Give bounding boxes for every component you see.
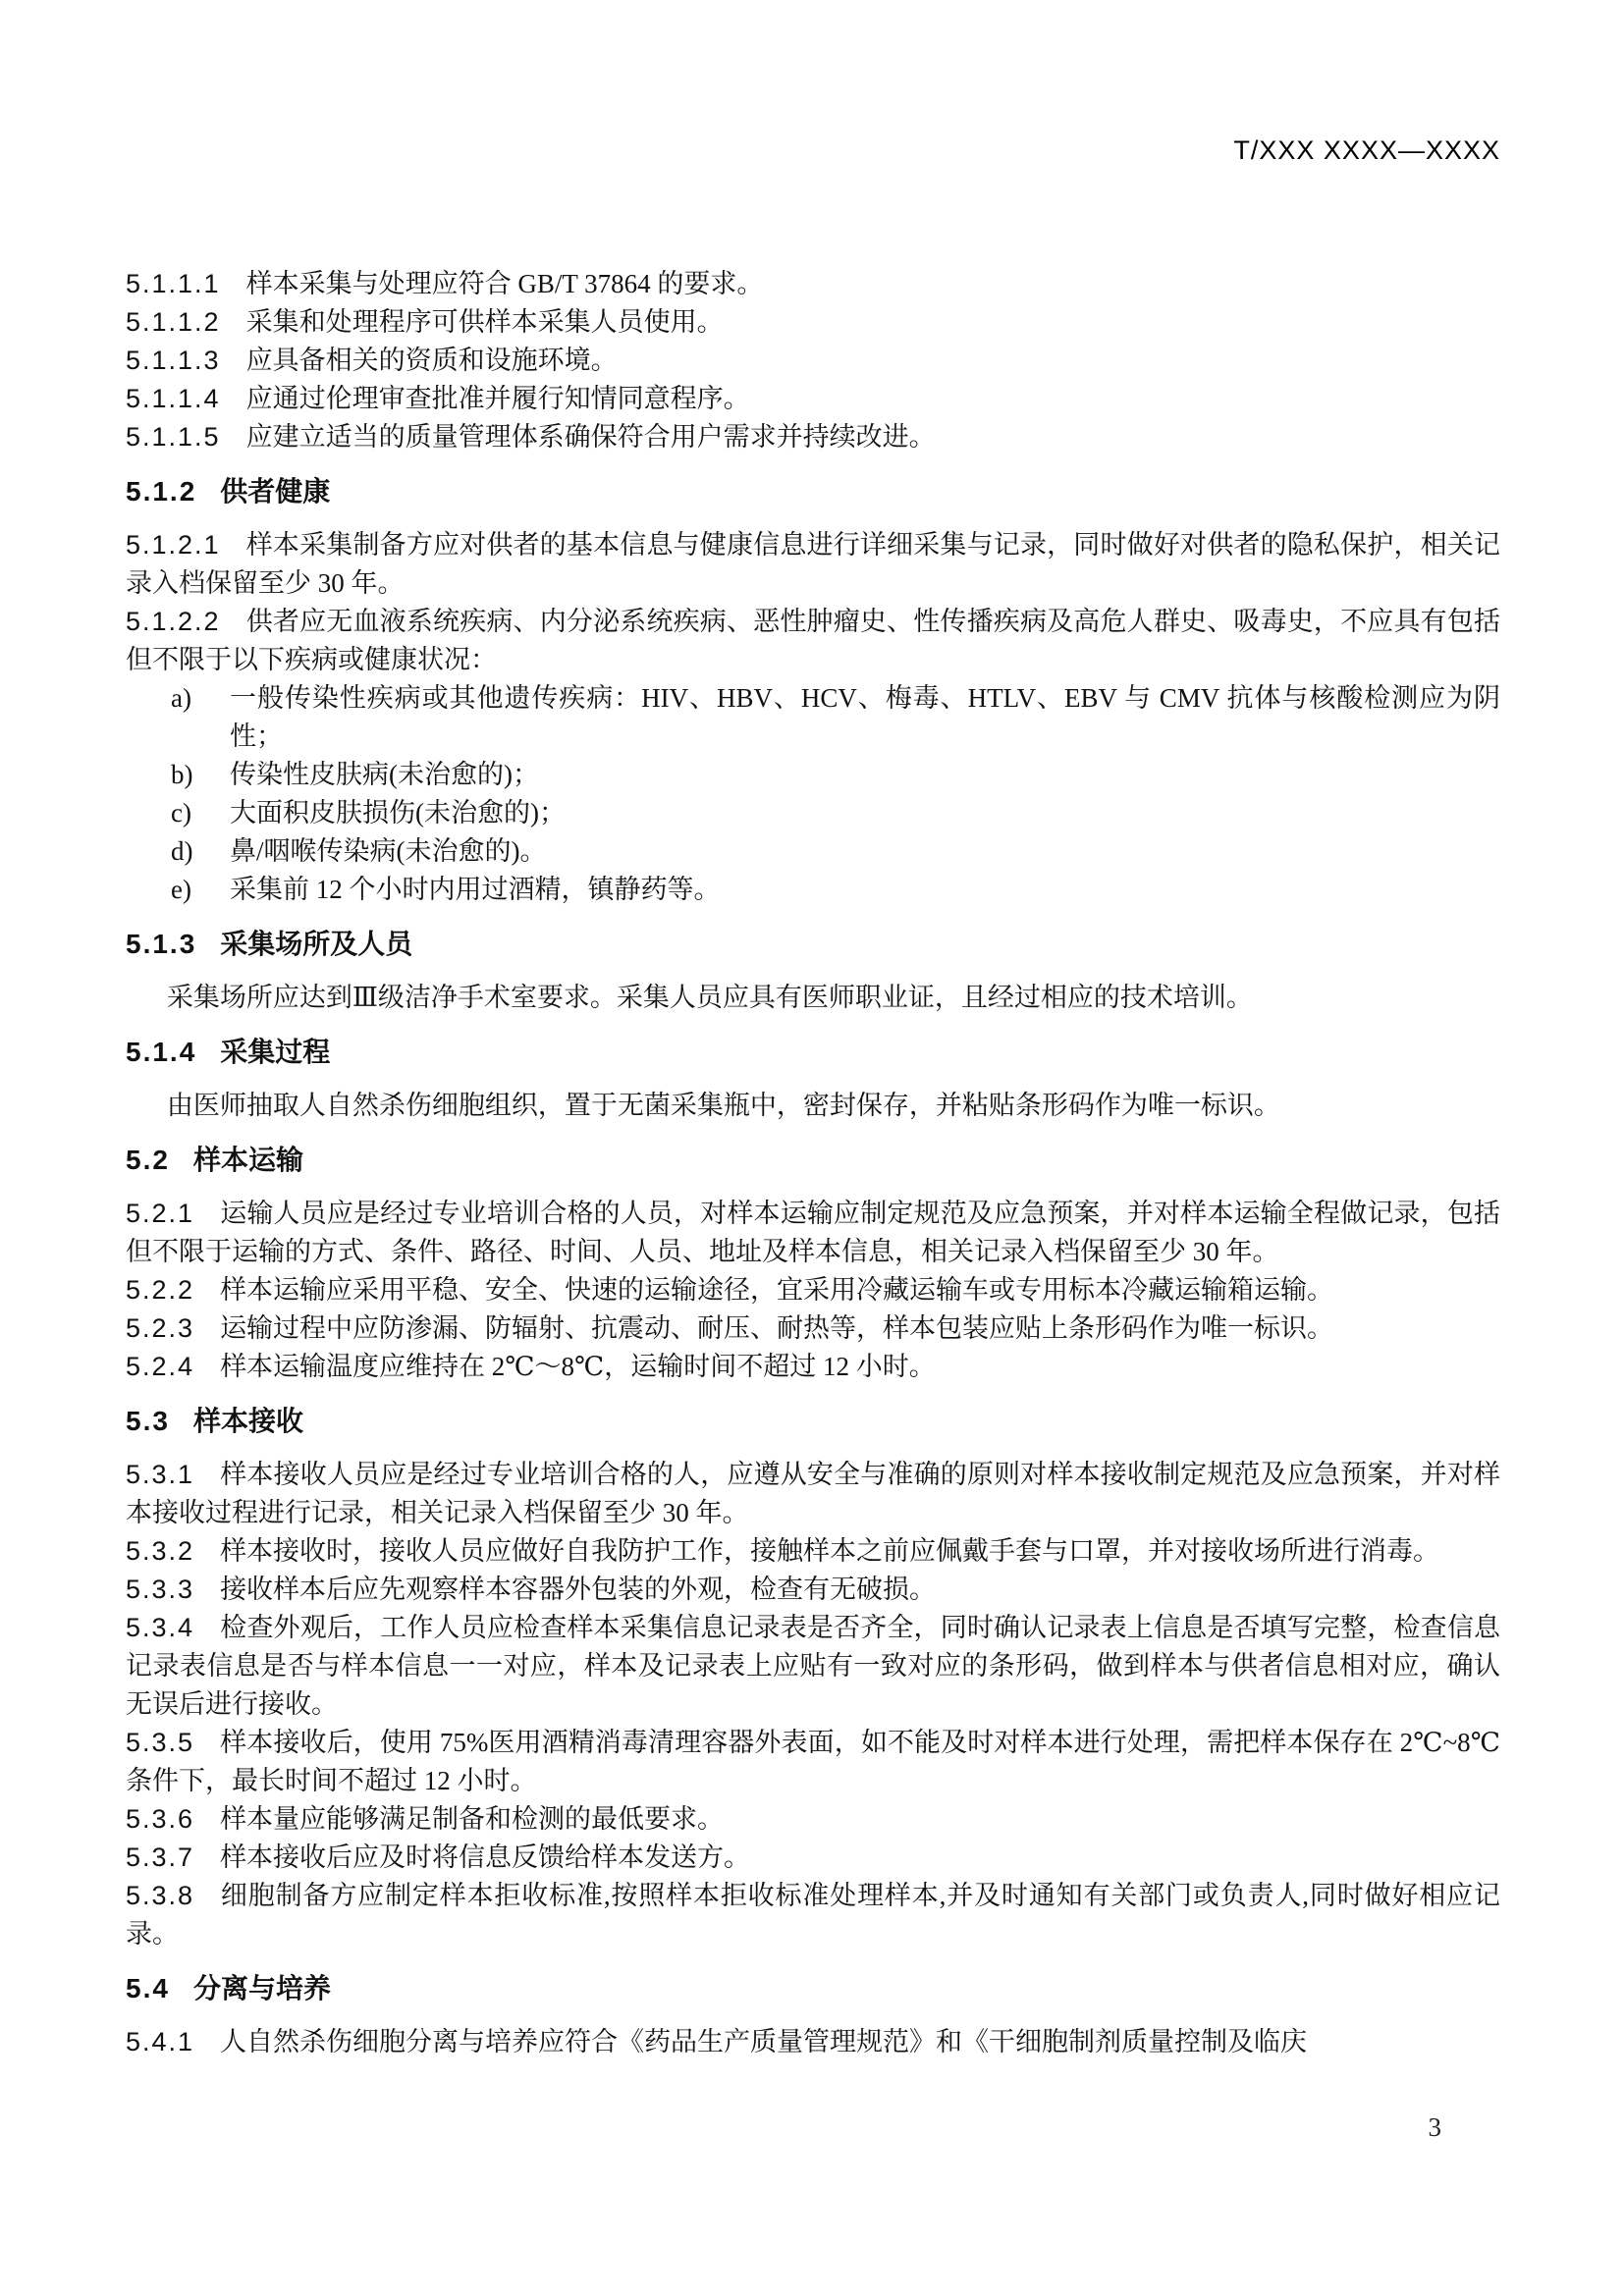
section-number: 5.3 — [126, 1406, 170, 1436]
section-title: 供者健康 — [220, 476, 330, 507]
clause-5-2-4: 5.2.4样本运输温度应维持在 2℃～8℃，运输时间不超过 12 小时。 — [126, 1348, 1500, 1386]
paragraph-5-1-3: 采集场所应达到Ⅲ级洁净手术室要求。采集人员应具有医师职业证，且经过相应的技术培训… — [126, 979, 1500, 1017]
clause-text: 样本量应能够满足制备和检测的最低要求。 — [220, 1804, 724, 1834]
clause-5-3-3: 5.3.3接收样本后应先观察样本容器外包装的外观，检查有无破损。 — [126, 1571, 1500, 1609]
clause-text: 样本接收时，接收人员应做好自我防护工作，接触样本之前应佩戴手套与口罩，并对接收场… — [220, 1536, 1439, 1566]
page-number: 3 — [1429, 2109, 1442, 2147]
list-item-text: 一般传染性疾病或其他遗传疾病：HIV、HBV、HCV、梅毒、HTLV、EBV 与… — [230, 679, 1500, 756]
clause-number: 5.3.5 — [126, 1728, 194, 1757]
page-body: 5.1.1.1样本采集与处理应符合 GB/T 37864 的要求。 5.1.1.… — [126, 265, 1500, 2061]
clause-number: 5.3.3 — [126, 1575, 194, 1604]
section-heading-5-2: 5.2样本运输 — [126, 1141, 1500, 1179]
clause-5-1-1-2: 5.1.1.2采集和处理程序可供样本采集人员使用。 — [126, 303, 1500, 342]
clause-number: 5.1.1.1 — [126, 269, 221, 298]
clause-text: 供者应无血液系统疾病、内分泌系统疾病、恶性肿瘤史、性传播疾病及高危人群史、吸毒史… — [126, 607, 1500, 674]
list-item-text: 鼻/咽喉传染病(未治愈的)。 — [230, 832, 1500, 871]
section-heading-5-1-3: 5.1.3采集场所及人员 — [126, 925, 1500, 963]
section-number: 5.2 — [126, 1145, 170, 1175]
clause-number: 5.1.2.2 — [126, 607, 221, 636]
clause-5-1-1-4: 5.1.1.4应通过伦理审查批准并履行知情同意程序。 — [126, 380, 1500, 418]
clause-text: 样本接收后，使用 75%医用酒精消毒清理容器外表面，如不能及时对样本进行处理，需… — [126, 1728, 1500, 1795]
clause-number: 5.2.3 — [126, 1313, 194, 1343]
clause-5-1-2-2: 5.1.2.2供者应无血液系统疾病、内分泌系统疾病、恶性肿瘤史、性传播疾病及高危… — [126, 603, 1500, 679]
clause-number: 5.1.1.2 — [126, 307, 221, 337]
clause-5-1-1-5: 5.1.1.5应建立适当的质量管理体系确保符合用户需求并持续改进。 — [126, 418, 1500, 456]
list-item-d: d)鼻/咽喉传染病(未治愈的)。 — [126, 832, 1500, 871]
standard-code-header: T/XXX XXXX—XXXX — [126, 133, 1500, 167]
clause-5-3-6: 5.3.6样本量应能够满足制备和检测的最低要求。 — [126, 1800, 1500, 1839]
clause-number: 5.3.4 — [126, 1613, 194, 1642]
clause-5-3-4: 5.3.4检查外观后，工作人员应检查样本采集信息记录表是否齐全，同时确认记录表上… — [126, 1609, 1500, 1724]
clause-text: 样本采集与处理应符合 GB/T 37864 的要求。 — [246, 269, 764, 298]
clause-5-3-1: 5.3.1样本接收人员应是经过专业培训合格的人，应遵从安全与准确的原则对样本接收… — [126, 1456, 1500, 1532]
section-title: 样本运输 — [193, 1145, 303, 1175]
clause-5-1-2-1: 5.1.2.1样本采集制备方应对供者的基本信息与健康信息进行详细采集与记录，同时… — [126, 526, 1500, 603]
list-item-a: a)一般传染性疾病或其他遗传疾病：HIV、HBV、HCV、梅毒、HTLV、EBV… — [126, 679, 1500, 756]
clause-5-3-2: 5.3.2样本接收时，接收人员应做好自我防护工作，接触样本之前应佩戴手套与口罩，… — [126, 1532, 1500, 1571]
document-page: T/XXX XXXX—XXXX 5.1.1.1样本采集与处理应符合 GB/T 3… — [0, 0, 1624, 2296]
clause-text: 应通过伦理审查批准并履行知情同意程序。 — [246, 384, 750, 413]
clause-number: 5.2.1 — [126, 1199, 194, 1228]
clause-text: 运输过程中应防渗漏、防辐射、抗震动、耐压、耐热等，样本包装应贴上条形码作为唯一标… — [220, 1313, 1333, 1343]
clause-number: 5.3.1 — [126, 1460, 194, 1489]
clause-number: 5.3.7 — [126, 1842, 194, 1872]
section-heading-5-1-4: 5.1.4采集过程 — [126, 1033, 1500, 1071]
clause-5-3-7: 5.3.7样本接收后应及时将信息反馈给样本发送方。 — [126, 1839, 1500, 1877]
clause-5-3-5: 5.3.5样本接收后，使用 75%医用酒精消毒清理容器外表面，如不能及时对样本进… — [126, 1724, 1500, 1800]
section-number: 5.1.2 — [126, 476, 196, 507]
section-heading-5-1-2: 5.1.2供者健康 — [126, 472, 1500, 510]
clause-number: 5.3.2 — [126, 1536, 194, 1566]
clause-text: 采集和处理程序可供样本采集人员使用。 — [246, 307, 724, 337]
clause-text: 样本运输应采用平稳、安全、快速的运输途径，宜采用冷藏运输车或专用标本冷藏运输箱运… — [220, 1275, 1333, 1305]
clause-number: 5.3.8 — [126, 1881, 194, 1910]
clause-number: 5.2.4 — [126, 1352, 194, 1381]
clause-5-4-1: 5.4.1人自然杀伤细胞分离与培养应符合《药品生产质量管理规范》和《干细胞制剂质… — [126, 2023, 1500, 2061]
section-number: 5.1.3 — [126, 929, 196, 959]
list-item-text: 采集前 12 个小时内用过酒精，镇静药等。 — [230, 871, 1500, 909]
clause-5-1-1-3: 5.1.1.3应具备相关的资质和设施环境。 — [126, 342, 1500, 380]
clause-5-2-3: 5.2.3运输过程中应防渗漏、防辐射、抗震动、耐压、耐热等，样本包装应贴上条形码… — [126, 1309, 1500, 1348]
section-title: 采集过程 — [220, 1037, 330, 1067]
section-number: 5.4 — [126, 1973, 170, 2003]
clause-5-2-2: 5.2.2样本运输应采用平稳、安全、快速的运输途径，宜采用冷藏运输车或专用标本冷… — [126, 1271, 1500, 1309]
paragraph-5-1-4: 由医师抽取人自然杀伤细胞组织，置于无菌采集瓶中，密封保存，并粘贴条形码作为唯一标… — [126, 1087, 1500, 1125]
list-item-c: c)大面积皮肤损伤(未治愈的)； — [126, 794, 1500, 832]
clause-text: 样本运输温度应维持在 2℃～8℃，运输时间不超过 12 小时。 — [220, 1352, 936, 1381]
clause-5-2-1: 5.2.1运输人员应是经过专业培训合格的人员，对样本运输应制定规范及应急预案，并… — [126, 1195, 1500, 1271]
clause-number: 5.1.1.5 — [126, 422, 221, 452]
clause-number: 5.1.2.1 — [126, 530, 221, 560]
clause-number: 5.3.6 — [126, 1804, 194, 1834]
clause-number: 5.1.1.3 — [126, 346, 221, 375]
clause-number: 5.1.1.4 — [126, 384, 221, 413]
section-title: 分离与培养 — [193, 1973, 331, 2003]
clause-text: 样本采集制备方应对供者的基本信息与健康信息进行详细采集与记录，同时做好对供者的隐… — [126, 530, 1500, 598]
clause-text: 样本接收人员应是经过专业培训合格的人，应遵从安全与准确的原则对样本接收制定规范及… — [126, 1460, 1500, 1527]
list-item-b: b)传染性皮肤病(未治愈的)； — [126, 756, 1500, 794]
section-heading-5-4: 5.4分离与培养 — [126, 1969, 1500, 2007]
section-title: 样本接收 — [193, 1406, 303, 1436]
section-heading-5-3: 5.3样本接收 — [126, 1402, 1500, 1440]
list-marker: c) — [171, 794, 230, 832]
clause-text: 人自然杀伤细胞分离与培养应符合《药品生产质量管理规范》和《干细胞制剂质量控制及临… — [220, 2027, 1307, 2056]
list-marker: d) — [171, 832, 230, 871]
clause-5-1-1-1: 5.1.1.1样本采集与处理应符合 GB/T 37864 的要求。 — [126, 265, 1500, 303]
list-item-text: 大面积皮肤损伤(未治愈的)； — [230, 794, 1500, 832]
clause-5-3-8: 5.3.8细胞制备方应制定样本拒收标准,按照样本拒收标准处理样本,并及时通知有关… — [126, 1877, 1500, 1953]
clause-text: 接收样本后应先观察样本容器外包装的外观，检查有无破损。 — [220, 1575, 936, 1604]
section-number: 5.1.4 — [126, 1037, 196, 1067]
clause-number: 5.4.1 — [126, 2027, 194, 2056]
list-marker: a) — [171, 679, 230, 756]
section-title: 采集场所及人员 — [220, 929, 412, 959]
list-item-e: e)采集前 12 个小时内用过酒精，镇静药等。 — [126, 871, 1500, 909]
clause-text: 细胞制备方应制定样本拒收标准,按照样本拒收标准处理样本,并及时通知有关部门或负责… — [126, 1881, 1500, 1949]
clause-text: 应建立适当的质量管理体系确保符合用户需求并持续改进。 — [246, 422, 936, 452]
clause-text: 应具备相关的资质和设施环境。 — [246, 346, 618, 375]
clause-number: 5.2.2 — [126, 1275, 194, 1305]
clause-text: 检查外观后，工作人员应检查样本采集信息记录表是否齐全，同时确认记录表上信息是否填… — [126, 1613, 1500, 1719]
clause-text: 样本接收后应及时将信息反馈给样本发送方。 — [220, 1842, 750, 1872]
list-item-text: 传染性皮肤病(未治愈的)； — [230, 756, 1500, 794]
list-marker: e) — [171, 871, 230, 909]
list-marker: b) — [171, 756, 230, 794]
clause-text: 运输人员应是经过专业培训合格的人员，对样本运输应制定规范及应急预案，并对样本运输… — [126, 1199, 1500, 1266]
